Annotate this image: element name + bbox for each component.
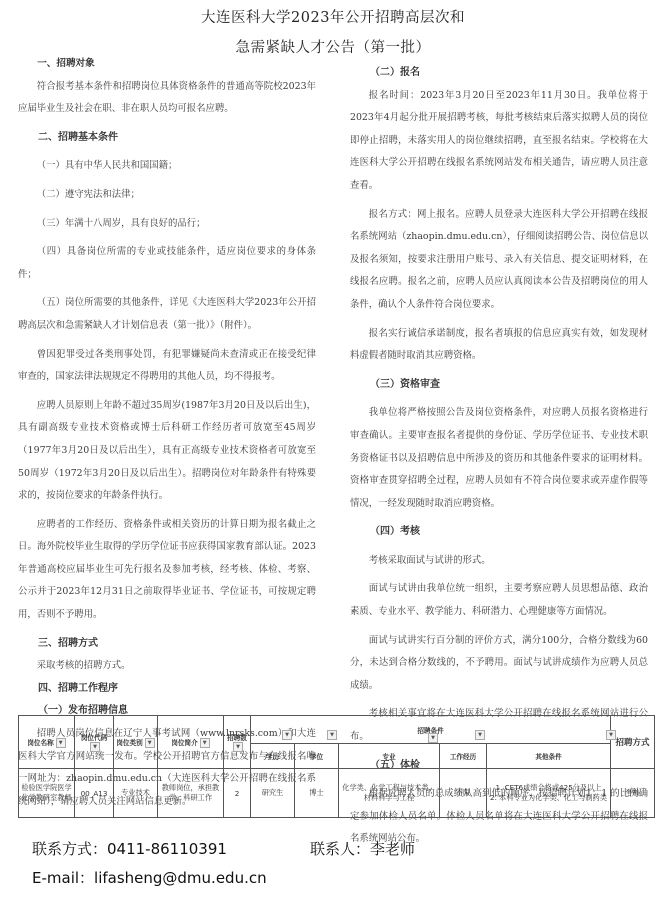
header-position-category: 岗位类别▼: [114, 716, 158, 769]
contact-person: 联系人：李老师: [310, 838, 415, 859]
filter-dropdown-icon[interactable]: ▼: [56, 738, 66, 748]
condition-item: （一）具有中华人民共和国国籍；: [18, 155, 316, 178]
section-heading-recruitment-method: 三、招聘方式: [18, 633, 316, 656]
paragraph: 面试与试讲由我单位统一组织，主要考察应聘人员思想品德、政治素质、专业水平、教学能…: [350, 578, 648, 623]
condition-item: （三）年满十八周岁，具有良好的品行；: [18, 213, 316, 236]
header-education: 学历: [251, 744, 295, 769]
filter-dropdown-icon[interactable]: ▼: [200, 738, 210, 748]
cell-education: 研究生: [251, 769, 295, 818]
cell-other-conditions: 1. CET6成绩合格或425分及以上 2. 本科专业为化学类、化工与制药类: [487, 769, 611, 818]
filter-dropdown-icon[interactable]: ▼: [327, 730, 337, 740]
paragraph-excluded: 曾因犯罪受过各类刑事处罚，有犯罪嫌疑尚未查清或正在接受纪律审查的，国家法律法规规…: [18, 344, 316, 389]
cell-headcount: 2: [224, 769, 251, 818]
paragraph-registration-method: 报名方式：网上报名。应聘人员登录大连医科大学公开招聘在线报名系统网站（zhaop…: [350, 204, 648, 317]
contact-email: E-mail：lifasheng@dmu.edu.cn: [32, 867, 267, 888]
paragraph-registration-time: 报名时间：2023年3月20日至2023年11月30日。我单位将于2023年4月…: [350, 85, 648, 198]
header-position-intro: 岗位简介▼: [158, 716, 224, 769]
section-heading-procedure: 四、招聘工作程序: [18, 678, 316, 701]
paragraph-date: 应聘者的工作经历、资格条件或相关资历的计算日期为报名截止之日。海外院校毕业生取得…: [18, 514, 316, 627]
header-work-experience: 工作经历: [440, 744, 487, 769]
filter-dropdown-icon[interactable]: ▼: [233, 742, 243, 752]
filter-dropdown-icon[interactable]: ▼: [90, 742, 100, 752]
header-position-name: 岗位名称▼: [19, 716, 75, 769]
section-heading-recruitment-target: 一、招聘对象: [18, 53, 316, 76]
other-condition-2: 2. 本科专业为化学类、化工与制药类: [489, 793, 608, 803]
contact-phone: 联系方式：0411-86110391: [32, 838, 227, 859]
header-method: 招聘方式: [611, 716, 655, 769]
cell-method: 考核: [611, 769, 655, 818]
filter-dropdown-icon[interactable]: ▼: [428, 733, 438, 743]
left-column: 一、招聘对象 符合报考基本条件和招聘岗位具体资格条件的普通高等院校2023年应届…: [18, 53, 316, 813]
condition-item: （二）遵守宪法和法律；: [18, 184, 316, 207]
cell-work-experience: 不限: [440, 769, 487, 818]
header-headcount: 招聘数▼: [224, 716, 251, 769]
section-heading-basic-conditions: 二、招聘基本条件: [18, 127, 316, 150]
paragraph-age: 应聘人员原则上年龄不超过35周岁(1987年3月20日及以后出生)，具有副高级专…: [18, 395, 316, 508]
table-row: 检验医学院医学化学教研室教师 00_A13 专业技术 教师岗位，承担教学、科研工…: [19, 769, 655, 818]
subsection-heading-qualification-review: （三）资格审查: [350, 374, 648, 397]
header-other-conditions: 其他条件: [487, 744, 611, 769]
paragraph: 面试与试讲实行百分制的评价方式，满分100分，合格分数线为60分，未达到合格分数…: [350, 630, 648, 698]
filter-dropdown-icon[interactable]: ▼: [145, 738, 155, 748]
cell-position-code: 00_A13: [75, 769, 114, 818]
subsection-heading-assessment: （四）考核: [350, 521, 648, 544]
other-condition-1: 1. CET6成绩合格或425分及以上: [489, 783, 608, 793]
header-position-code: 岗位代码▼: [75, 716, 114, 769]
cell-position-category: 专业技术: [114, 769, 158, 818]
paragraph-integrity: 报名实行诚信承诺制度，报名者填报的信息应真实有效，如发现材料虚假者随时取消其应聘…: [350, 323, 648, 368]
paragraph: 符合报考基本条件和招聘岗位具体资格条件的普通高等院校2023年应届毕业生及社会在…: [18, 76, 316, 121]
cell-major: 化学类、化学工程与技术类、材料科学与工程: [339, 769, 440, 818]
cell-position-name: 检验医学院医学化学教研室教师: [19, 769, 75, 818]
header-degree: 学位: [295, 744, 339, 769]
filter-dropdown-icon[interactable]: ▼: [282, 730, 292, 740]
condition-item: （五）岗位所需要的其他条件，详见《大连医科大学2023年公开招聘高层次和急需紧缺…: [18, 292, 316, 337]
paragraph: 考核采取面试与试讲的形式。: [350, 550, 648, 573]
header-major: 专业: [339, 744, 440, 769]
subsection-heading-registration: （二）报名: [350, 62, 648, 85]
paragraph: 采取考核的招聘方式。: [18, 655, 316, 678]
filter-dropdown-icon[interactable]: ▼: [475, 730, 485, 740]
cell-position-intro: 教师岗位，承担教学、科研工作: [158, 769, 224, 818]
filter-dropdown-icon[interactable]: ▼: [606, 730, 616, 740]
condition-item: （四）具备岗位所需的专业或技能条件，适应岗位要求的身体条件；: [18, 241, 316, 286]
cell-degree: 博士: [295, 769, 339, 818]
paragraph-qualification-review: 我单位将严格按照公告及岗位资格条件，对应聘人员报名资格进行审查确认。主要审查报名…: [350, 402, 648, 515]
document-title-line-1: 大连医科大学2023年公开招聘高层次和: [0, 6, 666, 27]
